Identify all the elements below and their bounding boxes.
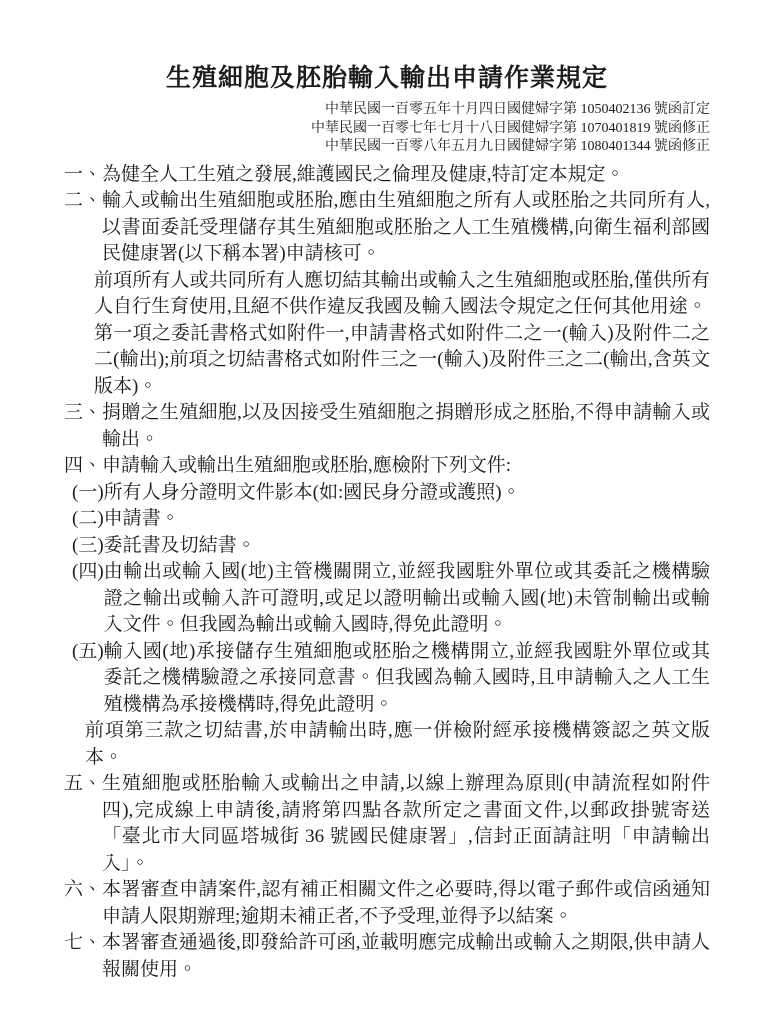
article-clause: 一、為健全人工生殖之發展,維護國民之倫理及健康,特訂定本規定。 — [64, 162, 710, 189]
document-content: 生殖細胞及胚胎輸入輸出申請作業規定 中華民國一百零五年十月四日國健婦字第 105… — [0, 0, 770, 983]
item-number: (三) — [72, 533, 104, 560]
clause-text: 輸入國(地)承接儲存生殖細胞或胚胎之機構開立,並經我國駐外單位或其委託之機構驗證… — [104, 639, 710, 719]
sub-clause: (三)委託書及切結書。 — [72, 533, 710, 560]
item-number: (二) — [72, 506, 104, 533]
document-page: 生殖細胞及胚胎輸入輸出申請作業規定 中華民國一百零五年十月四日國健婦字第 105… — [0, 0, 770, 1024]
article-clause: 四、申請輸入或輸出生殖細胞或胚胎,應檢附下列文件: — [64, 453, 710, 480]
clause-text: 申請書。 — [104, 506, 710, 533]
clause-text: 第一項之委託書格式如附件一,申請書格式如附件二之一(輸入)及附件二之二(輸出);… — [94, 321, 710, 401]
clause-paragraph: 前項所有人或共同所有人應切結其輸出或輸入之生殖細胞或胚胎,僅供所有人自行生育使用… — [94, 268, 710, 321]
clause-text: 前項第三款之切結書,於申請輸出時,應一併檢附經承接機構簽認之英文版本。 — [85, 718, 710, 771]
article-3: 三、捐贈之生殖細胞,以及因接受生殖細胞之捐贈形成之胚胎,不得申請輸入或輸出。 — [64, 400, 710, 453]
page-title: 生殖細胞及胚胎輸入輸出申請作業規定 — [64, 62, 710, 96]
clause-text: 本署審查通過後,即發給許可函,並載明應完成輸出或輸入之期限,供申請人報關使用。 — [102, 930, 710, 983]
item-number: (四) — [72, 559, 104, 639]
clause-text: 前項所有人或共同所有人應切結其輸出或輸入之生殖細胞或胚胎,僅供所有人自行生育使用… — [94, 268, 710, 321]
article-number: 四、 — [64, 453, 102, 480]
article-clause: 七、本署審查通過後,即發給許可函,並載明應完成輸出或輸入之期限,供申請人報關使用… — [64, 930, 710, 983]
article-number: 六、 — [64, 877, 102, 930]
article-number: 二、 — [64, 188, 102, 268]
document-body: 一、為健全人工生殖之發展,維護國民之倫理及健康,特訂定本規定。二、輸入或輸出生殖… — [64, 162, 710, 984]
clause-text: 委託書及切結書。 — [104, 533, 710, 560]
clause-text: 生殖細胞或胚胎輸入或輸出之申請,以線上辦理為原則(申請流程如附件四),完成線上申… — [102, 771, 710, 877]
clause-text: 由輸出或輸入國(地)主管機關開立,並經我國駐外單位或其委託之機構驗證之輸出或輸入… — [104, 559, 710, 639]
item-number: (一) — [72, 480, 104, 507]
article-6: 六、本署審查申請案件,認有補正相關文件之必要時,得以電子郵件或信函通知申請人限期… — [64, 877, 710, 930]
article-clause: 二、輸入或輸出生殖細胞或胚胎,應由生殖細胞之所有人或胚胎之共同所有人,以書面委託… — [64, 188, 710, 268]
article-2: 二、輸入或輸出生殖細胞或胚胎,應由生殖細胞之所有人或胚胎之共同所有人,以書面委託… — [64, 188, 710, 400]
sub-clause: (二)申請書。 — [72, 506, 710, 533]
article-clause: 三、捐贈之生殖細胞,以及因接受生殖細胞之捐贈形成之胚胎,不得申請輸入或輸出。 — [64, 400, 710, 453]
article-number: 一、 — [64, 162, 102, 189]
clause-text: 為健全人工生殖之發展,維護國民之倫理及健康,特訂定本規定。 — [102, 162, 710, 189]
clause-text: 輸入或輸出生殖細胞或胚胎,應由生殖細胞之所有人或胚胎之共同所有人,以書面委託受理… — [102, 188, 710, 268]
clause-paragraph: 前項第三款之切結書,於申請輸出時,應一併檢附經承接機構簽認之英文版本。 — [85, 718, 710, 771]
article-clause: 五、生殖細胞或胚胎輸入或輸出之申請,以線上辦理為原則(申請流程如附件四),完成線… — [64, 771, 710, 877]
revision-history: 中華民國一百零五年十月四日國健婦字第 1050402136 號函訂定 中華民國一… — [64, 101, 710, 157]
sub-clause: (一)所有人身分證明文件影本(如:國民身分證或護照)。 — [72, 480, 710, 507]
sub-clause: (五)輸入國(地)承接儲存生殖細胞或胚胎之機構開立,並經我國駐外單位或其委託之機… — [72, 639, 710, 719]
clause-text: 申請輸入或輸出生殖細胞或胚胎,應檢附下列文件: — [102, 453, 710, 480]
clause-text: 本署審查申請案件,認有補正相關文件之必要時,得以電子郵件或信函通知申請人限期辦理… — [102, 877, 710, 930]
article-4: 四、申請輸入或輸出生殖細胞或胚胎,應檢附下列文件:(一)所有人身分證明文件影本(… — [64, 453, 710, 771]
revision-line: 中華民國一百零五年十月四日國健婦字第 1050402136 號函訂定 — [64, 101, 710, 120]
article-7: 七、本署審查通過後,即發給許可函,並載明應完成輸出或輸入之期限,供申請人報關使用… — [64, 930, 710, 983]
item-number: (五) — [72, 639, 104, 719]
sub-clause: (四)由輸出或輸入國(地)主管機關開立,並經我國駐外單位或其委託之機構驗證之輸出… — [72, 559, 710, 639]
article-number: 七、 — [64, 930, 102, 983]
revision-line: 中華民國一百零八年五月九日國健婦字第 1080401344 號函修正 — [64, 138, 710, 157]
clause-text: 捐贈之生殖細胞,以及因接受生殖細胞之捐贈形成之胚胎,不得申請輸入或輸出。 — [102, 400, 710, 453]
clause-text: 所有人身分證明文件影本(如:國民身分證或護照)。 — [104, 480, 710, 507]
article-number: 三、 — [64, 400, 102, 453]
revision-line: 中華民國一百零七年七月十八日國健婦字第 1070401819 號函修正 — [64, 120, 710, 139]
article-1: 一、為健全人工生殖之發展,維護國民之倫理及健康,特訂定本規定。 — [64, 162, 710, 189]
article-clause: 六、本署審查申請案件,認有補正相關文件之必要時,得以電子郵件或信函通知申請人限期… — [64, 877, 710, 930]
clause-paragraph: 第一項之委託書格式如附件一,申請書格式如附件二之一(輸入)及附件二之二(輸出);… — [94, 321, 710, 401]
article-number: 五、 — [64, 771, 102, 877]
article-5: 五、生殖細胞或胚胎輸入或輸出之申請,以線上辦理為原則(申請流程如附件四),完成線… — [64, 771, 710, 877]
